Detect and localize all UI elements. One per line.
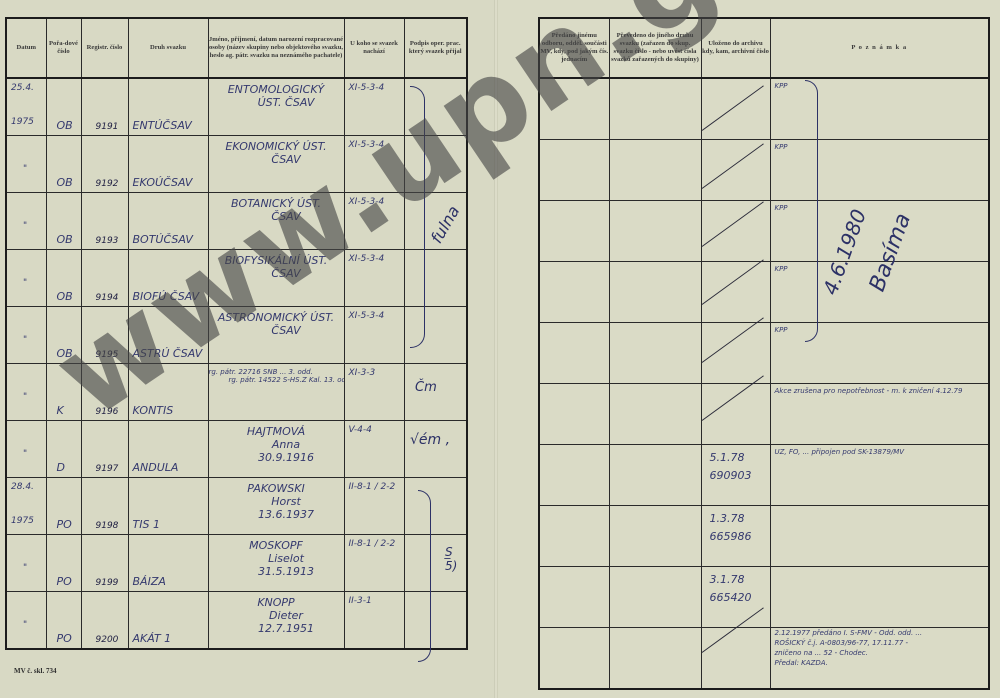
table-row: KPP	[539, 262, 989, 323]
table-row: KPP	[539, 78, 989, 140]
registr-cislo: 9191	[96, 122, 119, 132]
cell-ulozeno: 1.3.78665986	[701, 506, 770, 567]
cell-jmeno: BOTANICKÝ ÚST.ČSAV	[208, 193, 344, 250]
jmeno-line: Horst	[209, 495, 344, 508]
datum-year: "	[23, 335, 27, 345]
cell-ulozeno: 3.1.78665420	[701, 567, 770, 628]
druh-svazku: ASTRÚ ČSAV	[133, 347, 203, 360]
header-predano: Předáno jinému odboru, odděl. součásti M…	[539, 18, 609, 78]
header-podpis: Podpis oper. prac. který svazek přijal	[404, 18, 467, 78]
cell-poznamka: UZ, FO, ... připojen pod SK-13879/MV	[770, 445, 989, 506]
cell-ulozeno	[701, 140, 770, 201]
jmeno-line: BIOFYSIKÁLNÍ ÚST.	[209, 254, 344, 267]
table-row: " OB 9193 BOTÚČSAV BOTANICKÝ ÚST.ČSAV XI…	[6, 193, 467, 250]
poradove-cislo: OB	[57, 233, 73, 246]
table-row: " K 9196 KONTIS rg. pátr. 22716 SNB ... …	[6, 364, 467, 421]
u-koho: XI-3-3	[349, 368, 376, 378]
jmeno-line: HAJTMOVÁ	[209, 425, 344, 438]
cell-druh-svazku: KONTIS	[128, 364, 208, 421]
table-row: 2.12.1977 předáno I. S-FMV - Odd. odd. .…	[539, 628, 989, 690]
table-row: 3.1.78665420	[539, 567, 989, 628]
cell-predano	[539, 323, 609, 384]
poznamka: UZ, FO, ... připojen pod SK-13879/MV	[771, 445, 989, 459]
header-jmeno: Jméno, příjmení, datum narození rozpraco…	[208, 18, 344, 78]
cell-datum: "	[6, 193, 46, 250]
jmeno-line: ČSAV	[209, 153, 344, 166]
cell-ulozeno	[701, 262, 770, 323]
registr-cislo: 9192	[96, 179, 119, 189]
jmeno-line: 13.6.1937	[209, 508, 344, 521]
datum-year: 1975	[11, 516, 34, 526]
table-row: " PO 9199 BÁIZA MOSKOPFLiselot31.5.1913 …	[6, 535, 467, 592]
header-prevedeno: Převedeno do jiného druhu svazku (zařaze…	[609, 18, 701, 78]
archiv-line: 665986	[702, 528, 770, 546]
poradove-cislo: D	[57, 461, 65, 474]
cell-podpis	[404, 535, 467, 592]
datum-year: "	[23, 620, 27, 630]
cell-ulozeno	[701, 201, 770, 262]
cell-poradove-cislo: OB	[46, 250, 81, 307]
cell-datum: "	[6, 592, 46, 650]
header-u-koho: U koho se svazek nachází	[344, 18, 404, 78]
cell-registr-cislo: 9200	[81, 592, 128, 650]
cell-registr-cislo: 9197	[81, 421, 128, 478]
cell-druh-svazku: ANDULA	[128, 421, 208, 478]
header-druh-svazku: Druh svazku	[128, 18, 208, 78]
cell-registr-cislo: 9195	[81, 307, 128, 364]
cell-registr-cislo: 9192	[81, 136, 128, 193]
u-koho: V-4-4	[349, 425, 372, 435]
jmeno-line: ÚST. ČSAV	[209, 96, 344, 109]
cell-registr-cislo: 9199	[81, 535, 128, 592]
right-ledger-table: Předáno jinému odboru, odděl. součásti M…	[538, 17, 990, 690]
book-spine	[494, 0, 498, 698]
cell-predano	[539, 201, 609, 262]
poradove-cislo: PO	[57, 632, 72, 645]
header-datum: Datum	[6, 18, 46, 78]
cell-poznamka: 2.12.1977 předáno I. S-FMV - Odd. odd. .…	[770, 628, 989, 690]
cell-druh-svazku: ENTÚČSAV	[128, 78, 208, 136]
poznamka-line: Předal: KAZDA.	[771, 658, 989, 668]
cell-predano	[539, 506, 609, 567]
cell-poradove-cislo: PO	[46, 478, 81, 535]
jmeno-line: BOTANICKÝ ÚST.	[209, 197, 344, 210]
druh-svazku: AKÁT 1	[133, 632, 172, 645]
druh-svazku: ENTÚČSAV	[133, 119, 192, 132]
cell-poradove-cislo: OB	[46, 307, 81, 364]
table-row: 28.4. 1975 PO 9198 TIS 1 PAKOWSKIHorst13…	[6, 478, 467, 535]
jmeno-line: ASTRONOMICKÝ ÚST.	[209, 311, 344, 324]
cell-datum: "	[6, 535, 46, 592]
poznamka: KPP	[771, 323, 989, 337]
table-row: KPP	[539, 201, 989, 262]
u-koho: II-8-1 / 2-2	[349, 539, 396, 549]
poznamka: KPP	[771, 201, 989, 215]
jmeno-line: rg. pátr. 14522 S-HS.Z Kal. 13. odd.	[209, 376, 344, 384]
u-koho: XI-5-3-4	[349, 197, 385, 207]
table-row: 1.3.78665986	[539, 506, 989, 567]
table-row: 25.4. 1975 OB 9191 ENTÚČSAV ENTOMOLOGICK…	[6, 78, 467, 136]
jmeno-line: Anna	[209, 438, 344, 451]
table-row: " D 9197 ANDULA HAJTMOVÁAnna30.9.1916 V-…	[6, 421, 467, 478]
archiv-line: 665420	[702, 589, 770, 607]
cell-datum: "	[6, 364, 46, 421]
archiv-line: 690903	[702, 467, 770, 485]
cell-poznamka: Akce zrušena pro nepotřebnost - m. k zni…	[770, 384, 989, 445]
right-header-row: Předáno jinému odboru, odděl. součásti M…	[539, 18, 989, 78]
registr-cislo: 9198	[96, 521, 119, 531]
u-koho: XI-5-3-4	[349, 83, 385, 93]
datum-day: 28.4.	[11, 482, 34, 492]
cell-druh-svazku: AKÁT 1	[128, 592, 208, 650]
cell-podpis	[404, 478, 467, 535]
poznamka-line: 2.12.1977 předáno I. S-FMV - Odd. odd. .…	[771, 628, 989, 638]
u-koho: XI-5-3-4	[349, 254, 385, 264]
datum-year: "	[23, 563, 27, 573]
cell-prevedeno	[609, 78, 701, 140]
u-koho: II-8-1 / 2-2	[349, 482, 396, 492]
archiv-line: 1.3.78	[702, 510, 770, 528]
jmeno-line: Dieter	[209, 609, 344, 622]
signature-brace-left	[410, 86, 425, 348]
header-ulozeno: Uloženo do archivu kdy, kam, archivní čí…	[701, 18, 770, 78]
poznamka: Akce zrušena pro nepotřebnost - m. k zni…	[771, 384, 989, 398]
cell-prevedeno	[609, 628, 701, 690]
cell-datum: 25.4. 1975	[6, 78, 46, 136]
datum-year: "	[23, 278, 27, 288]
poradove-cislo: OB	[57, 290, 73, 303]
cell-u-koho: II-8-1 / 2-2	[344, 478, 404, 535]
registr-cislo: 9200	[96, 635, 119, 645]
cell-predano	[539, 262, 609, 323]
datum-year: "	[23, 392, 27, 402]
cell-jmeno: MOSKOPFLiselot31.5.1913	[208, 535, 344, 592]
cell-prevedeno	[609, 201, 701, 262]
registr-cislo: 9195	[96, 350, 119, 360]
cell-poradove-cislo: K	[46, 364, 81, 421]
datum-year: "	[23, 221, 27, 231]
cell-predano	[539, 628, 609, 690]
jmeno-line: Liselot	[209, 552, 344, 565]
cell-poznamka: KPP	[770, 78, 989, 140]
u-koho: XI-5-3-4	[349, 140, 385, 150]
cell-predano	[539, 78, 609, 140]
jmeno-line: ENTOMOLOGICKÝ	[209, 83, 344, 96]
table-row: " OB 9192 EKOÚČSAV EKONOMICKÝ ÚST.ČSAV X…	[6, 136, 467, 193]
cell-datum: "	[6, 307, 46, 364]
druh-svazku: BOTÚČSAV	[133, 233, 193, 246]
poznamka-line: zničeno na ... 52 - Chodec.	[771, 648, 989, 658]
cell-u-koho: XI-5-3-4	[344, 193, 404, 250]
jmeno-line: ČSAV	[209, 324, 344, 337]
jmeno-line: 31.5.1913	[209, 565, 344, 578]
jmeno-line: ČSAV	[209, 267, 344, 280]
cell-jmeno: KNOPPDieter12.7.1951	[208, 592, 344, 650]
cell-u-koho: XI-3-3	[344, 364, 404, 421]
jmeno-line: 30.9.1916	[209, 451, 344, 464]
datum-year: "	[23, 449, 27, 459]
table-row: Akce zrušena pro nepotřebnost - m. k zni…	[539, 384, 989, 445]
cell-u-koho: XI-5-3-4	[344, 250, 404, 307]
cell-predano	[539, 445, 609, 506]
cell-registr-cislo: 9194	[81, 250, 128, 307]
druh-svazku: BIOFÚ ČSAV	[133, 290, 200, 303]
cell-prevedeno	[609, 567, 701, 628]
druh-svazku: EKOÚČSAV	[133, 176, 193, 189]
poznamka-line: ROŠICKÝ č.j. A-0803/96-77, 17.11.77 -	[771, 638, 989, 648]
druh-svazku: KONTIS	[133, 404, 174, 417]
cell-u-koho: XI-5-3-4	[344, 136, 404, 193]
cell-jmeno: EKONOMICKÝ ÚST.ČSAV	[208, 136, 344, 193]
poradove-cislo: PO	[57, 518, 72, 531]
table-row: 5.1.78690903 UZ, FO, ... připojen pod SK…	[539, 445, 989, 506]
cell-u-koho: II-3-1	[344, 592, 404, 650]
header-poradove-cislo: Pořa-dové číslo	[46, 18, 81, 78]
datum-year: "	[23, 164, 27, 174]
jmeno-line: 12.7.1951	[209, 622, 344, 635]
header-registr-cislo: Registr. číslo	[81, 18, 128, 78]
cell-predano	[539, 140, 609, 201]
cell-u-koho: V-4-4	[344, 421, 404, 478]
table-row: KPP	[539, 140, 989, 201]
cell-u-koho: XI-5-3-4	[344, 307, 404, 364]
cell-druh-svazku: ASTRÚ ČSAV	[128, 307, 208, 364]
cell-jmeno: ENTOMOLOGICKÝÚST. ČSAV	[208, 78, 344, 136]
registr-cislo: 9197	[96, 464, 119, 474]
cell-datum: "	[6, 250, 46, 307]
registr-cislo: 9199	[96, 578, 119, 588]
signature-mark: √ém ,	[410, 432, 450, 448]
cell-druh-svazku: TIS 1	[128, 478, 208, 535]
poradove-cislo: OB	[57, 119, 73, 132]
cell-datum: "	[6, 136, 46, 193]
registr-cislo: 9194	[96, 293, 119, 303]
druh-svazku: ANDULA	[133, 461, 179, 474]
cell-prevedeno	[609, 445, 701, 506]
header-poznamka: P o z n á m k a	[770, 18, 989, 78]
cell-jmeno: ASTRONOMICKÝ ÚST.ČSAV	[208, 307, 344, 364]
cell-jmeno: rg. pátr. 22716 SNB ... 3. odd.rg. pátr.…	[208, 364, 344, 421]
cell-poradove-cislo: OB	[46, 136, 81, 193]
cell-prevedeno	[609, 323, 701, 384]
cell-poradove-cislo: PO	[46, 535, 81, 592]
signature-brace-left	[418, 490, 431, 662]
jmeno-line: PAKOWSKI	[209, 482, 344, 495]
cell-prevedeno	[609, 384, 701, 445]
signature-mark: Čm	[415, 380, 437, 395]
cell-datum: 28.4. 1975	[6, 478, 46, 535]
cell-poradove-cislo: PO	[46, 592, 81, 650]
datum-year: 1975	[11, 117, 34, 127]
registr-cislo: 9196	[96, 407, 119, 417]
cell-poradove-cislo: OB	[46, 193, 81, 250]
u-koho: II-3-1	[349, 596, 372, 606]
jmeno-line: ČSAV	[209, 210, 344, 223]
u-koho: XI-5-3-4	[349, 311, 385, 321]
cell-registr-cislo: 9196	[81, 364, 128, 421]
datum-day: 25.4.	[11, 83, 34, 93]
cell-registr-cislo: 9193	[81, 193, 128, 250]
cell-predano	[539, 567, 609, 628]
cell-jmeno: PAKOWSKIHorst13.6.1937	[208, 478, 344, 535]
cell-registr-cislo: 9191	[81, 78, 128, 136]
druh-svazku: BÁIZA	[133, 575, 166, 588]
druh-svazku: TIS 1	[133, 518, 160, 531]
jmeno-line: KNOPP	[209, 596, 344, 609]
poradove-cislo: OB	[57, 176, 73, 189]
jmeno-line: rg. pátr. 22716 SNB ... 3. odd.	[209, 368, 344, 376]
table-row: KPP	[539, 323, 989, 384]
cell-podpis	[404, 421, 467, 478]
cell-poznamka	[770, 567, 989, 628]
cell-u-koho: II-8-1 / 2-2	[344, 535, 404, 592]
cell-datum: "	[6, 421, 46, 478]
cell-ulozeno: 5.1.78690903	[701, 445, 770, 506]
left-ledger-table: Datum Pořa-dové číslo Registr. číslo Dru…	[5, 17, 468, 650]
poradove-cislo: OB	[57, 347, 73, 360]
cell-poznamka	[770, 506, 989, 567]
signature-brace-right	[805, 80, 818, 342]
cell-u-koho: XI-5-3-4	[344, 78, 404, 136]
cell-poradove-cislo: D	[46, 421, 81, 478]
cell-druh-svazku: BOTÚČSAV	[128, 193, 208, 250]
jmeno-line: MOSKOPF	[209, 539, 344, 552]
cell-prevedeno	[609, 262, 701, 323]
cell-predano	[539, 384, 609, 445]
cell-poznamka: KPP	[770, 323, 989, 384]
cell-druh-svazku: BIOFÚ ČSAV	[128, 250, 208, 307]
cell-druh-svazku: EKOÚČSAV	[128, 136, 208, 193]
poradove-cislo: K	[57, 404, 64, 417]
cell-poradove-cislo: OB	[46, 78, 81, 136]
jmeno-line: EKONOMICKÝ ÚST.	[209, 140, 344, 153]
cell-druh-svazku: BÁIZA	[128, 535, 208, 592]
cell-poznamka: KPP	[770, 140, 989, 201]
cell-jmeno: HAJTMOVÁAnna30.9.1916	[208, 421, 344, 478]
table-row: " OB 9194 BIOFÚ ČSAV BIOFYSIKÁLNÍ ÚST.ČS…	[6, 250, 467, 307]
table-row: " OB 9195 ASTRÚ ČSAV ASTRONOMICKÝ ÚST.ČS…	[6, 307, 467, 364]
archiv-line: 5.1.78	[702, 449, 770, 467]
form-code: MV č. skl. 734	[14, 667, 56, 675]
cell-prevedeno	[609, 506, 701, 567]
cell-podpis	[404, 592, 467, 650]
left-header-row: Datum Pořa-dové číslo Registr. číslo Dru…	[6, 18, 467, 78]
cell-ulozeno	[701, 323, 770, 384]
table-row: " PO 9200 AKÁT 1 KNOPPDieter12.7.1951 II…	[6, 592, 467, 650]
cell-ulozeno	[701, 628, 770, 690]
poradove-cislo: PO	[57, 575, 72, 588]
cell-registr-cislo: 9198	[81, 478, 128, 535]
poznamka: KPP	[771, 140, 989, 154]
poznamka: KPP	[771, 79, 989, 93]
cell-jmeno: BIOFYSIKÁLNÍ ÚST.ČSAV	[208, 250, 344, 307]
signature-mark: S̲5)	[445, 545, 457, 573]
cell-prevedeno	[609, 140, 701, 201]
registr-cislo: 9193	[96, 236, 119, 246]
archiv-line: 3.1.78	[702, 571, 770, 589]
